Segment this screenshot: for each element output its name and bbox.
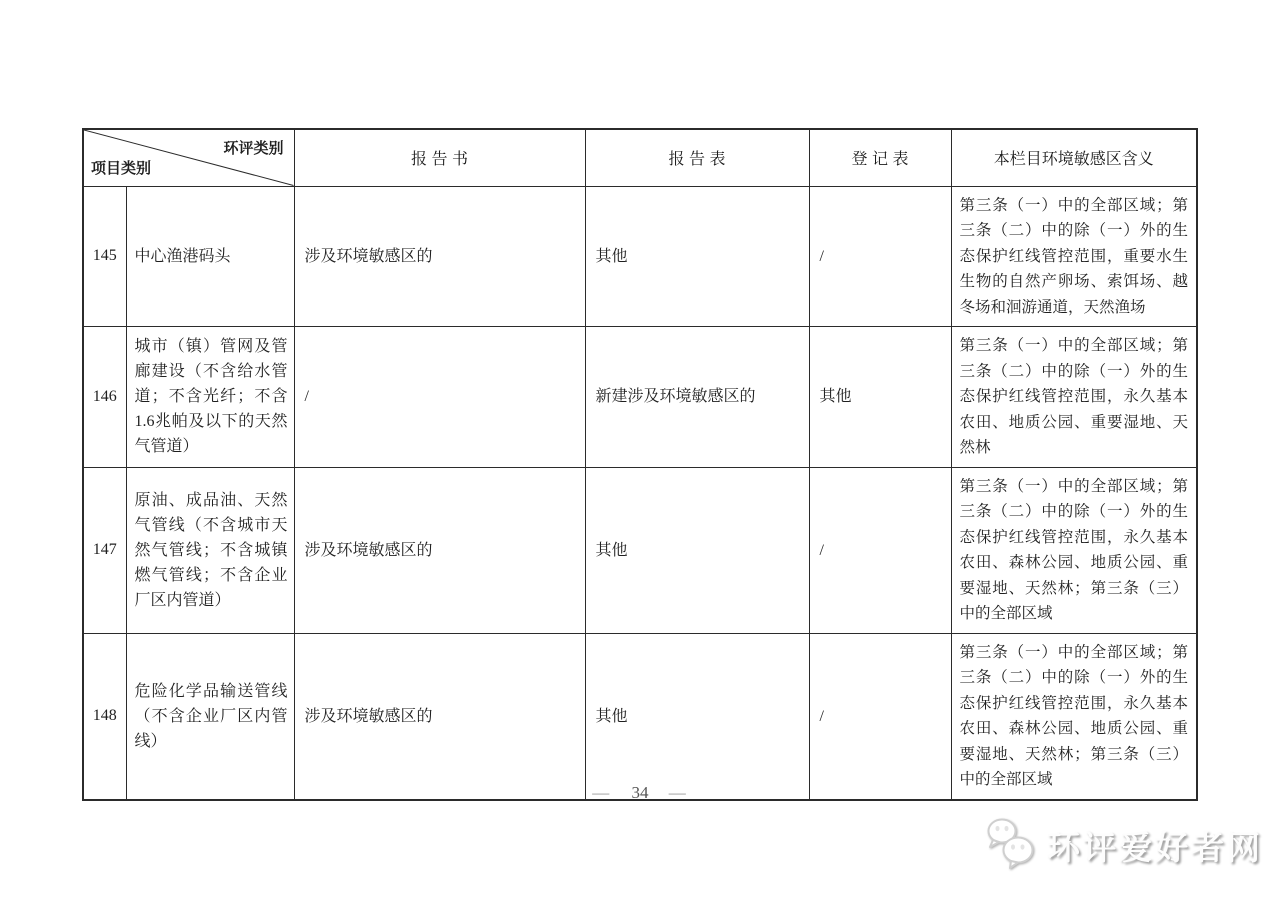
chat-bubbles-icon (985, 816, 1039, 875)
watermark-text: 环评爱好者网 (1047, 822, 1263, 869)
page-number-dash-left: — (592, 783, 611, 802)
row-number-cell: 145 (83, 186, 126, 327)
report-book-cell: 涉及环境敏感区的 (294, 467, 585, 633)
sensitive-area-meaning-cell: 第三条（一）中的全部区域；第三条（二）中的除（一）外的生态保护红线管控范围，重要… (951, 186, 1197, 327)
project-category-cell: 中心渔港码头 (126, 186, 294, 327)
column-header-registration-form: 登 记 表 (809, 129, 951, 186)
corner-label-project-category: 项目类别 (91, 157, 151, 178)
project-category-cell: 原油、成品油、天然气管线（不含城市天然气管线；不含城镇燃气管线；不含企业厂区内管… (126, 467, 294, 633)
page-number: — 34 — (0, 783, 1280, 803)
registration-form-cell: / (809, 186, 951, 327)
report-form-cell: 其他 (585, 467, 809, 633)
corner-label-eia-category: 环评类别 (223, 137, 283, 158)
registration-form-cell: 其他 (809, 327, 951, 468)
eia-category-table: 环评类别 项目类别 报 告 书 报 告 表 登 记 表 本栏目环境敏感区含义 1… (82, 128, 1198, 801)
sensitive-area-meaning-cell: 第三条（一）中的全部区域；第三条（二）中的除（一）外的生态保护红线管控范围，永久… (951, 633, 1197, 800)
page-number-value: 34 (632, 783, 649, 802)
row-number-cell: 147 (83, 467, 126, 633)
sensitive-area-meaning-cell: 第三条（一）中的全部区域；第三条（二）中的除（一）外的生态保护红线管控范围，永久… (951, 467, 1197, 633)
page-number-dash-right: — (669, 783, 688, 802)
table-row: 147 原油、成品油、天然气管线（不含城市天然气管线；不含城镇燃气管线；不含企业… (83, 467, 1197, 633)
project-category-cell: 危险化学品输送管线（不含企业厂区内管线） (126, 633, 294, 800)
registration-form-cell: / (809, 633, 951, 800)
table-row: 148 危险化学品输送管线（不含企业厂区内管线） 涉及环境敏感区的 其他 / 第… (83, 633, 1197, 800)
project-category-cell: 城市（镇）管网及管廊建设（不含给水管道；不含光纤；不含1.6兆帕及以下的天然气管… (126, 327, 294, 468)
row-number-cell: 146 (83, 327, 126, 468)
column-header-report-book: 报 告 书 (294, 129, 585, 186)
row-number-cell: 148 (83, 633, 126, 800)
diagonal-corner-cell: 环评类别 项目类别 (83, 129, 294, 186)
column-header-report-form: 报 告 表 (585, 129, 809, 186)
report-form-cell: 其他 (585, 186, 809, 327)
table-header-row: 环评类别 项目类别 报 告 书 报 告 表 登 记 表 本栏目环境敏感区含义 (83, 129, 1197, 186)
watermark-logo: 环评爱好者网 (985, 816, 1263, 875)
report-book-cell: 涉及环境敏感区的 (294, 633, 585, 800)
report-book-cell: / (294, 327, 585, 468)
table-row: 145 中心渔港码头 涉及环境敏感区的 其他 / 第三条（一）中的全部区域；第三… (83, 186, 1197, 327)
report-book-cell: 涉及环境敏感区的 (294, 186, 585, 327)
report-form-cell: 其他 (585, 633, 809, 800)
document-page: 环评类别 项目类别 报 告 书 报 告 表 登 记 表 本栏目环境敏感区含义 1… (0, 0, 1280, 905)
registration-form-cell: / (809, 467, 951, 633)
column-header-sensitive-area-meaning: 本栏目环境敏感区含义 (951, 129, 1197, 186)
report-form-cell: 新建涉及环境敏感区的 (585, 327, 809, 468)
sensitive-area-meaning-cell: 第三条（一）中的全部区域；第三条（二）中的除（一）外的生态保护红线管控范围，永久… (951, 327, 1197, 468)
table-row: 146 城市（镇）管网及管廊建设（不含给水管道；不含光纤；不含1.6兆帕及以下的… (83, 327, 1197, 468)
